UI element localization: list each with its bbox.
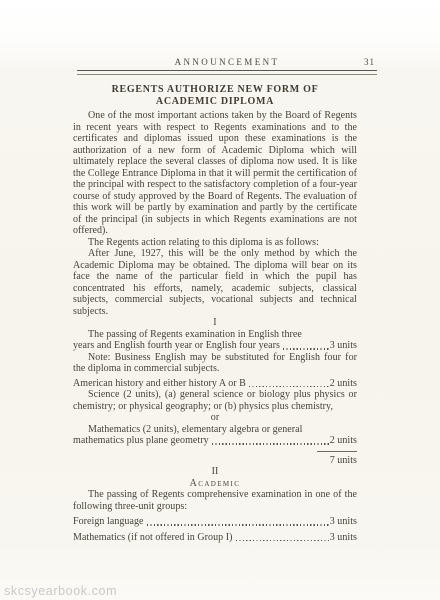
dot-leader [212,443,330,444]
requirement-history: American history and either history A or… [73,378,357,390]
group1-numeral: I [73,317,357,329]
requirement-math-line2: mathematics plus plane geometry [73,435,209,447]
article-title-line2: ACADEMIC DIPLOMA [73,96,357,108]
requirement-english-leader-line: years and English fourth year or English… [73,340,357,352]
running-head-title: ANNOUNCEMENT [175,57,280,67]
requirement-english-line1: The passing of Regents examination in En… [73,329,357,341]
group2-numeral: II [73,466,357,478]
article-title-line1: REGENTS AUTHORIZE NEW FORM OF [73,84,357,96]
article-body: One of the most important actions taken … [73,110,357,543]
requirement-row-foreign-language: Foreign language 3 units [73,516,357,528]
requirement-math-leader-line: mathematics plus plane geometry 2 units [73,435,357,447]
article-title: REGENTS AUTHORIZE NEW FORM OF ACADEMIC D… [73,84,357,107]
running-head: ANNOUNCEMENT 31 [77,57,377,67]
requirement-label: Foreign language [73,516,144,528]
after-june-paragraph: After June, 1927, this will be the only … [73,248,357,317]
intro-paragraph: One of the most important actions taken … [73,110,357,237]
dot-leader [283,348,330,349]
academic-heading: Academic [73,478,357,490]
note-paragraph: Note: Business English may be substitute… [73,352,357,375]
units-value: 3 units [330,516,357,528]
units-value: 2 units [330,378,357,390]
dot-leader [147,524,330,525]
group2-intro-paragraph: The passing of Regents comprehensive exa… [73,489,357,512]
scanned-document-page: ANNOUNCEMENT 31 REGENTS AUTHORIZE NEW FO… [0,0,440,600]
requirement-math: Mathematics (2 units), elementary algebr… [73,424,357,447]
group1-total-row: 7 units [73,451,357,467]
group1-total-units: 7 units [317,451,357,467]
requirement-math-line1: Mathematics (2 units), elementary algebr… [73,424,357,436]
dot-leader [249,386,330,387]
requirement-science: Science (2 units), (a) general science o… [73,389,357,412]
dot-leader [236,540,330,541]
watermark: skcsyearbook.com [4,584,117,598]
requirement-label: Mathematics (if not offered in Group I) [73,532,233,544]
units-value: 3 units [330,340,357,352]
requirement-english: The passing of Regents examination in En… [73,329,357,352]
or-connector: or [73,412,357,424]
requirement-english-line2: years and English fourth year or English… [73,340,280,352]
page-number: 31 [364,57,375,67]
requirement-history-label: American history and either history A or… [73,378,246,390]
header-double-rule [77,70,377,75]
units-value: 2 units [330,435,357,447]
requirement-row-mathematics: Mathematics (if not offered in Group I) … [73,532,357,544]
units-value: 3 units [330,532,357,544]
action-paragraph: The Regents action relating to this dipl… [73,237,357,249]
